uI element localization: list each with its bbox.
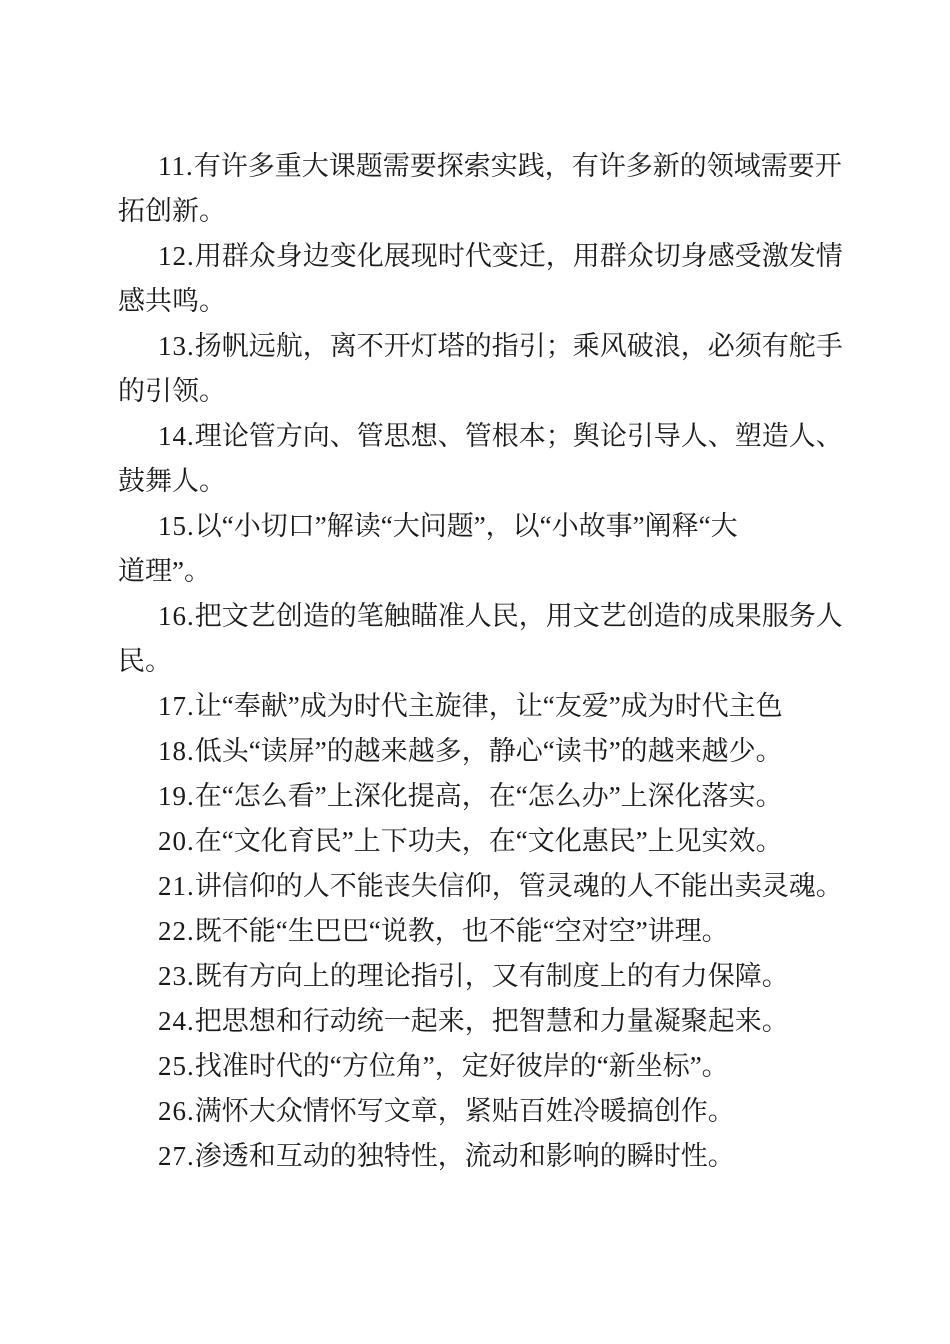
list-item-text: 扬帆远航，离不开灯塔的指引；乘风破浪，必须有舵手 的引领。: [118, 331, 843, 406]
list-item: 16.把文艺创造的笔触瞄准人民，用文艺创造的成果服务人 民。: [118, 594, 830, 684]
list-item: 22.既不能“生巴巴“说教，也不能“空对空”讲理。: [118, 909, 830, 954]
list-item-text: 满怀大众情怀写文章，紧贴百姓冷暖搞创作。: [195, 1096, 735, 1126]
list-item-number: 18.: [158, 736, 195, 766]
list-item-number: 20.: [158, 826, 195, 856]
list-item-text: 把文艺创造的笔触瞄准人民，用文艺创造的成果服务人 民。: [118, 601, 843, 676]
list-item-text: 低头“读屏”的越来越多，静心“读书”的越来越少。: [195, 736, 783, 766]
list-item: 17.让“奉献”成为时代主旋律，让“友爱”成为时代主色: [118, 684, 830, 729]
list-item-number: 16.: [158, 601, 195, 631]
list-item-number: 27.: [158, 1141, 195, 1171]
list-item: 21.讲信仰的人不能丧失信仰，管灵魂的人不能出卖灵魂。: [118, 864, 830, 909]
list-item: 23.既有方向上的理论指引，又有制度上的有力保障。: [118, 954, 830, 999]
list-item-text: 在“文化育民”上下功夫，在“文化惠民”上见实效。: [195, 826, 783, 856]
list-item-text: 讲信仰的人不能丧失信仰，管灵魂的人不能出卖灵魂。: [195, 871, 843, 901]
list-item-number: 22.: [158, 916, 195, 946]
document-page: 11.有许多重大课题需要探索实践，有许多新的领域需要开 拓创新。 12.用群众身…: [0, 0, 950, 1344]
list-item-text: 用群众身边变化展现时代变迁，用群众切身感受激发情 感共鸣。: [118, 241, 843, 316]
list-item-number: 12.: [158, 241, 195, 271]
list-item: 11.有许多重大课题需要探索实践，有许多新的领域需要开 拓创新。: [118, 144, 830, 234]
list-item-text: 以“小切口”解读“大问题”，以“小故事”阐释“大 道理”。: [118, 511, 738, 586]
list-item: 14.理论管方向、管思想、管根本；舆论引导人、塑造人、 鼓舞人。: [118, 414, 830, 504]
list-item-text: 在“怎么看”上深化提高，在“怎么办”上深化落实。: [195, 781, 783, 811]
list-item: 18.低头“读屏”的越来越多，静心“读书”的越来越少。: [118, 729, 830, 774]
list-item: 13.扬帆远航，离不开灯塔的指引；乘风破浪，必须有舵手 的引领。: [118, 324, 830, 414]
list-item-text: 有许多重大课题需要探索实践，有许多新的领域需要开 拓创新。: [118, 151, 842, 226]
list-item-number: 13.: [158, 331, 195, 361]
list-item-number: 14.: [158, 421, 195, 451]
list-item-number: 15.: [158, 511, 195, 541]
list-item: 19.在“怎么看”上深化提高，在“怎么办”上深化落实。: [118, 774, 830, 819]
list-item-text: 把思想和行动统一起来，把智慧和力量凝聚起来。: [195, 1006, 789, 1036]
list-item-number: 25.: [158, 1051, 195, 1081]
list-item-number: 11.: [158, 151, 194, 181]
list-item-text: 找准时代的“方位角”，定好彼岸的“新坐标”。: [195, 1051, 729, 1081]
list-item-number: 21.: [158, 871, 195, 901]
list-item-number: 24.: [158, 1006, 195, 1036]
list-item-number: 19.: [158, 781, 195, 811]
list-item: 24.把思想和行动统一起来，把智慧和力量凝聚起来。: [118, 999, 830, 1044]
list-item-number: 26.: [158, 1096, 195, 1126]
list-item: 25.找准时代的“方位角”，定好彼岸的“新坐标”。: [118, 1044, 830, 1089]
list-item: 12.用群众身边变化展现时代变迁，用群众切身感受激发情 感共鸣。: [118, 234, 830, 324]
list-item: 27.渗透和互动的独特性，流动和影响的瞬时性。: [118, 1134, 830, 1179]
document-body: 11.有许多重大课题需要探索实践，有许多新的领域需要开 拓创新。 12.用群众身…: [118, 144, 830, 1179]
list-item-text: 理论管方向、管思想、管根本；舆论引导人、塑造人、 鼓舞人。: [118, 421, 843, 496]
list-item-number: 23.: [158, 961, 195, 991]
list-item-text: 渗透和互动的独特性，流动和影响的瞬时性。: [195, 1141, 735, 1171]
list-item-number: 17.: [158, 691, 195, 721]
list-item: 26.满怀大众情怀写文章，紧贴百姓冷暖搞创作。: [118, 1089, 830, 1134]
list-item-text: 既不能“生巴巴“说教，也不能“空对空”讲理。: [195, 916, 729, 946]
list-item: 20.在“文化育民”上下功夫，在“文化惠民”上见实效。: [118, 819, 830, 864]
list-item-text: 既有方向上的理论指引，又有制度上的有力保障。: [195, 961, 789, 991]
list-item-text: 让“奉献”成为时代主旋律，让“友爱”成为时代主色: [195, 691, 783, 721]
list-item: 15.以“小切口”解读“大问题”，以“小故事”阐释“大 道理”。: [118, 504, 830, 594]
